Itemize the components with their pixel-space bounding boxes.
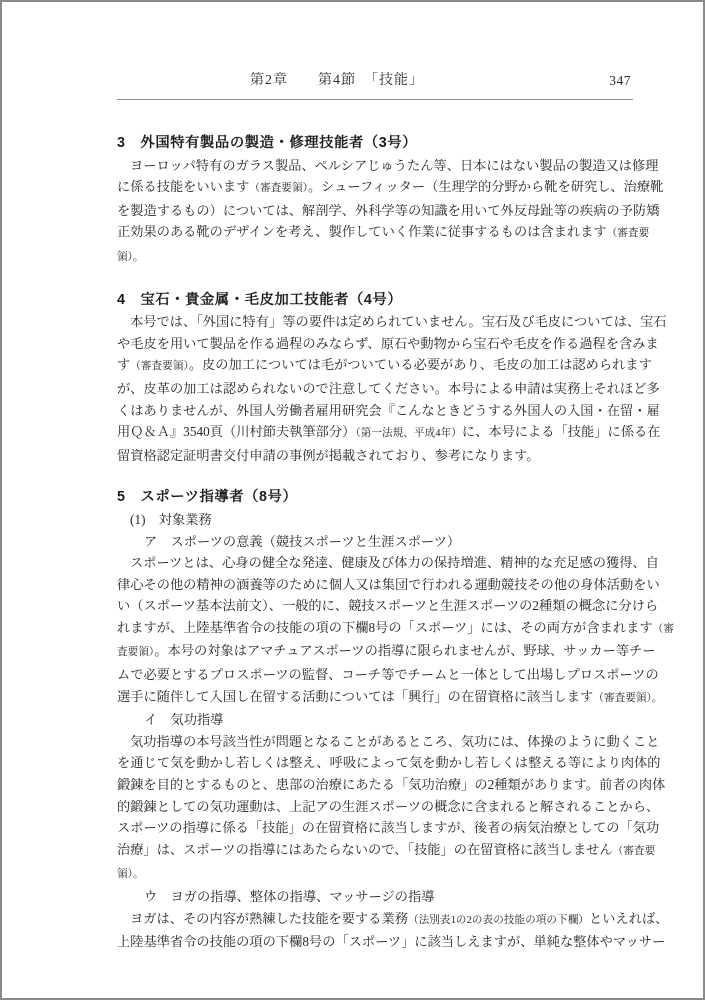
text-line: スポーツとは、心身の健全な発達、健康及び体力の保持増進、精神的な充足感の獲得、自	[117, 552, 633, 574]
text-line: ウ ヨガの指導、整体の指導、マッサージの指導	[117, 886, 633, 908]
section: 3 外国特有製品の製造・修理技能者（3号）ヨーロッパ特有のガラス製品、ペルシアじ…	[117, 133, 633, 269]
text-line: 鍛錬を目的とするものと、患部の治療にあたる「気功治療」の2種類があります。前者の…	[117, 774, 633, 796]
text-run: 正効果のある靴のデザインを考え、製作していく作業に従事するものは含まれます	[117, 224, 607, 239]
text-run: が、皮革の加工は認められないので注意してください。本号による申請は実務上それほど…	[117, 381, 660, 396]
small-text-run: （審査要	[607, 228, 650, 239]
running-header-title: 第2章 第4節 「技能」	[79, 72, 595, 90]
text-run: す	[117, 357, 130, 372]
text-run: 選手に随伴して入国し在留する活動については「興行」の在留資格に該当します	[117, 689, 593, 704]
text-line: を製造するもの）については、解剖学、外科学等の知識を用いて外反母趾等の疾病の予防…	[117, 200, 633, 222]
text-run: ア スポーツの意義（競技スポーツと生涯スポーツ）	[144, 534, 460, 549]
text-run: 。皮の加工については毛がついている必要があり、毛皮の加工は認められます	[189, 357, 652, 372]
text-run: スポーツの指導に係る「技能」の在留資格に該当しますが、後者の病気治療としての「気…	[117, 820, 659, 835]
text-run: 上陸基準省令の技能の項の下欄8号の「スポーツ」に該当しえますが、単純な整体やマッ…	[117, 934, 665, 949]
text-line: イ 気功指導	[117, 709, 633, 731]
text-line: 用Ｑ＆Ａ』3540頁（川村節夫執筆部分）（第一法規、平成4年）に、本号による「技…	[117, 421, 633, 445]
text-run: や毛皮を用いて製品を作る過程のみならず、原石や動物から宝石や毛皮を作る過程を含み…	[117, 336, 659, 351]
text-line: (1) 対象業務	[117, 509, 633, 531]
text-run: ムで必要とするプロスポーツの監督、コーチ等でチームと一体として出場しプロスポーツ…	[117, 667, 659, 682]
text-run: 。シューフィッター（生理学的分野から靴を研究し、治療靴	[308, 179, 663, 194]
text-line: 留資格認定証明書交付申請の事例が掲載されており、参考になります。	[117, 445, 633, 467]
text-line: ヨガは、その内容が熟練した技能を要する業務（法別表1の2の表の技能の項の下欄）と…	[117, 908, 633, 932]
text-line: 治療」は、スポーツの指導にはあたらないので、「技能」の在留資格に該当しません（審…	[117, 839, 633, 863]
text-line: スポーツの指導に係る「技能」の在留資格に該当しますが、後者の病気治療としての「気…	[117, 817, 633, 839]
text-line: い（スポーツ基本法前文）、一般的に、競技スポーツと生涯スポーツの2種類の概念に分…	[117, 595, 633, 617]
text-run: れますが、上陸基準省令の技能の項の下欄8号の「スポーツ」には、その両方が含まれま…	[117, 620, 653, 635]
text-run: 本号では、「外国に特有」等の要件は定められていません。宝石及び毛皮については、宝…	[130, 314, 667, 329]
text-run: 鍛錬を目的とするものと、患部の治療にあたる「気功治療」の2種類があります。前者の…	[117, 777, 665, 792]
text-line: 律心その他の精神の涵養等のために個人又は集団で行われる運動競技その他の身体活動を…	[117, 574, 633, 596]
text-run: 。本号の対象はアマチュアスポーツの指導に限られませんが、野球、サッカー等チー	[154, 643, 655, 658]
small-text-run: （第一法規、平成4年）	[355, 428, 461, 439]
text-run: 的鍛錬としての気功運動は、上記アの生涯スポーツの概念に含まれると解されることから…	[117, 799, 659, 814]
text-run: くはありませんが、外国人労働者雇用研究会『こんなときどうする外国人の入国・在留・…	[117, 403, 660, 418]
text-line: や毛皮を用いて製品を作る過程のみならず、原石や動物から宝石や毛皮を作る過程を含み…	[117, 333, 633, 355]
book-page: 第2章 第4節 「技能」 347 3 外国特有製品の製造・修理技能者（3号）ヨー…	[0, 0, 705, 1000]
text-line: くはありませんが、外国人労働者雇用研究会『こんなときどうする外国人の入国・在留・…	[117, 400, 633, 422]
text-run: に、本号による「技能」に係る在	[462, 424, 661, 439]
page-number: 347	[609, 72, 631, 90]
small-text-run: 領）。	[117, 252, 144, 263]
text-line: 本号では、「外国に特有」等の要件は定められていません。宝石及び毛皮については、宝…	[117, 311, 633, 333]
text-line: れますが、上陸基準省令の技能の項の下欄8号の「スポーツ」には、その両方が含まれま…	[117, 617, 633, 641]
text-run: 用Ｑ＆Ａ』3540頁（川村節夫執筆部分）	[117, 424, 355, 439]
section-heading: 5 スポーツ指導者（8号）	[117, 487, 633, 509]
text-line: 選手に随伴して入国し在留する活動については「興行」の在留資格に該当します（審査要…	[117, 686, 633, 710]
text-run: (1) 対象業務	[130, 512, 212, 527]
text-line: 査要領）。本号の対象はアマチュアスポーツの指導に限られませんが、野球、サッカー等…	[117, 640, 633, 664]
small-text-run: （審	[653, 624, 674, 635]
small-text-run: 査要領）	[117, 647, 154, 658]
text-line: 領）。	[117, 862, 633, 886]
text-line: ア スポーツの意義（競技スポーツと生涯スポーツ）	[117, 531, 633, 553]
text-run: を通じて気を動かし若しくは整え、呼吸によって気を動かし若しくは整える等により肉体…	[117, 755, 661, 770]
section-heading: 3 外国特有製品の製造・修理技能者（3号）	[117, 133, 633, 155]
page-content: 3 外国特有製品の製造・修理技能者（3号）ヨーロッパ特有のガラス製品、ペルシアじ…	[117, 133, 633, 953]
text-run: といえれば、	[589, 911, 668, 926]
small-text-run: （審査要領）	[130, 361, 189, 372]
page-header: 第2章 第4節 「技能」 347	[117, 72, 633, 100]
text-line: に係る技能をいいます（審査要領）。シューフィッター（生理学的分野から靴を研究し、…	[117, 176, 633, 200]
text-line: 正効果のある靴のデザインを考え、製作していく作業に従事するものは含まれます（審査…	[117, 221, 633, 245]
text-line: 気功指導の本号該当性が問題となることがあるところ、気功には、体操のように動くこと	[117, 731, 633, 753]
text-run: 律心その他の精神の涵養等のために個人又は集団で行われる運動競技その他の身体活動を…	[117, 577, 660, 592]
text-run: ウ ヨガの指導、整体の指導、マッサージの指導	[144, 889, 434, 904]
text-line: を通じて気を動かし若しくは整え、呼吸によって気を動かし若しくは整える等により肉体…	[117, 752, 633, 774]
text-line: 的鍛錬としての気功運動は、上記アの生涯スポーツの概念に含まれると解されることから…	[117, 796, 633, 818]
text-run: ヨガは、その内容が熟練した技能を要する業務	[130, 911, 408, 926]
small-text-run: （法別表1の2の表の技能の項の下欄）	[408, 915, 589, 926]
text-run: 気功指導の本号該当性が問題となることがあるところ、気功には、体操のように動くこと	[130, 734, 660, 749]
small-text-run: 領）。	[117, 869, 144, 880]
small-text-run: （審査要領）	[249, 183, 308, 194]
section: 4 宝石・貴金属・毛皮加工技能者（4号）本号では、「外国に特有」等の要件は定めら…	[117, 290, 633, 467]
text-line: ムで必要とするプロスポーツの監督、コーチ等でチームと一体として出場しプロスポーツ…	[117, 664, 633, 686]
text-run: 留資格認定証明書交付申請の事例が掲載されており、参考になります。	[117, 448, 540, 463]
text-run: イ 気功指導	[144, 712, 223, 727]
text-run: い（スポーツ基本法前文）、一般的に、競技スポーツと生涯スポーツの2種類の概念に分…	[117, 598, 658, 613]
text-line: 領）。	[117, 245, 633, 269]
text-run: ヨーロッパ特有のガラス製品、ペルシアじゅうたん等、日本にはない製品の製造又は修理	[130, 158, 659, 173]
section: 5 スポーツ指導者（8号）(1) 対象業務ア スポーツの意義（競技スポーツと生涯…	[117, 487, 633, 952]
text-line: 上陸基準省令の技能の項の下欄8号の「スポーツ」に該当しえますが、単純な整体やマッ…	[117, 931, 633, 953]
text-line: が、皮革の加工は認められないので注意してください。本号による申請は実務上それほど…	[117, 378, 633, 400]
section-heading: 4 宝石・貴金属・毛皮加工技能者（4号）	[117, 290, 633, 312]
small-text-run: （審査要領）。	[593, 693, 662, 704]
text-run: スポーツとは、心身の健全な発達、健康及び体力の保持増進、精神的な充足感の獲得、自	[130, 555, 659, 570]
small-text-run: （審査要	[613, 846, 656, 857]
text-line: ヨーロッパ特有のガラス製品、ペルシアじゅうたん等、日本にはない製品の製造又は修理	[117, 155, 633, 177]
text-run: 治療」は、スポーツの指導にはあたらないので、「技能」の在留資格に該当しません	[117, 842, 613, 857]
text-run: に係る技能をいいます	[117, 179, 249, 194]
text-run: を製造するもの）については、解剖学、外科学等の知識を用いて外反母趾等の疾病の予防…	[117, 203, 659, 218]
text-line: す（審査要領）。皮の加工については毛がついている必要があり、毛皮の加工は認められ…	[117, 354, 633, 378]
